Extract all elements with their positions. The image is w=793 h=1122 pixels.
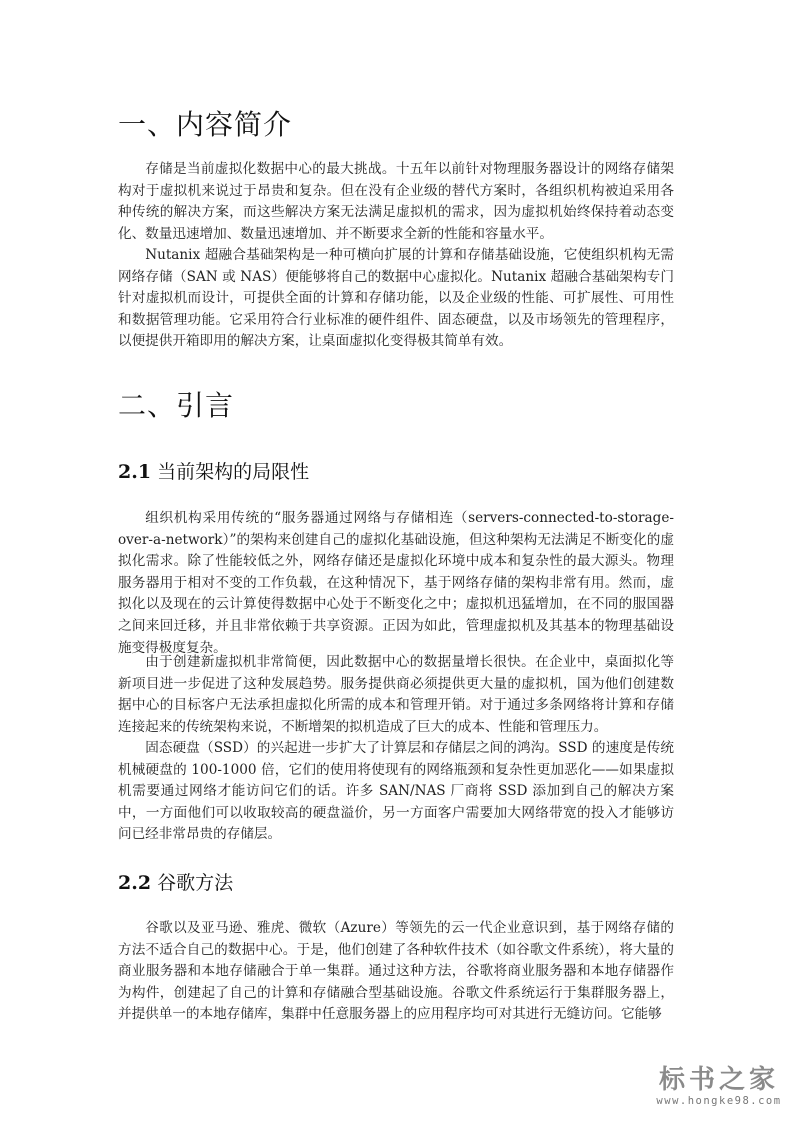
- section-heading-preface: 二、引言: [118, 384, 234, 424]
- section-heading-intro: 一、内容简介: [118, 103, 292, 143]
- subsection-title: 当前架构的局限性: [157, 461, 309, 483]
- subsection-title: 谷歌方法: [157, 872, 233, 894]
- paragraph-2-1-3: 固态硬盘（SSD）的兴起进一步扩大了计算层和存储层之间的鸿沟。SSD 的速度是传…: [118, 738, 674, 846]
- subsection-heading-2-1: 2.1当前架构的局限性: [118, 457, 309, 484]
- watermark-title: 标书之家: [644, 1065, 793, 1095]
- watermark-logo: 标书之家 www.hongke98.com: [644, 1065, 793, 1107]
- paragraph-intro-2: Nutanix 超融合基础架构是一种可横向扩展的计算和存储基础设施，它使组织机构…: [118, 245, 674, 353]
- paragraph-intro-1: 存储是当前虚拟化数据中心的最大挑战。十五年以前针对物理服务器设计的网络存储架构对…: [118, 159, 674, 245]
- subsection-heading-2-2: 2.2谷歌方法: [118, 868, 233, 895]
- paragraph-2-1-1: 组织机构采用传统的“服务器通过网络与存储相连（servers-connected…: [118, 508, 674, 659]
- paragraph-2-2-1: 谷歌以及亚马逊、雅虎、微软（Azure）等领先的云一代企业意识到，基于网络存储的…: [118, 918, 674, 1026]
- document-page: 一、内容简介 存储是当前虚拟化数据中心的最大挑战。十五年以前针对物理服务器设计的…: [0, 0, 793, 1122]
- subsection-number: 2.2: [118, 872, 151, 894]
- paragraph-2-1-2: 由于创建新虚拟机非常简便，因此数据中心的数据量增长很快。在企业中，桌面拟化等新项…: [118, 652, 674, 738]
- subsection-number: 2.1: [118, 461, 151, 483]
- watermark-url: www.hongke98.com: [644, 1095, 793, 1107]
